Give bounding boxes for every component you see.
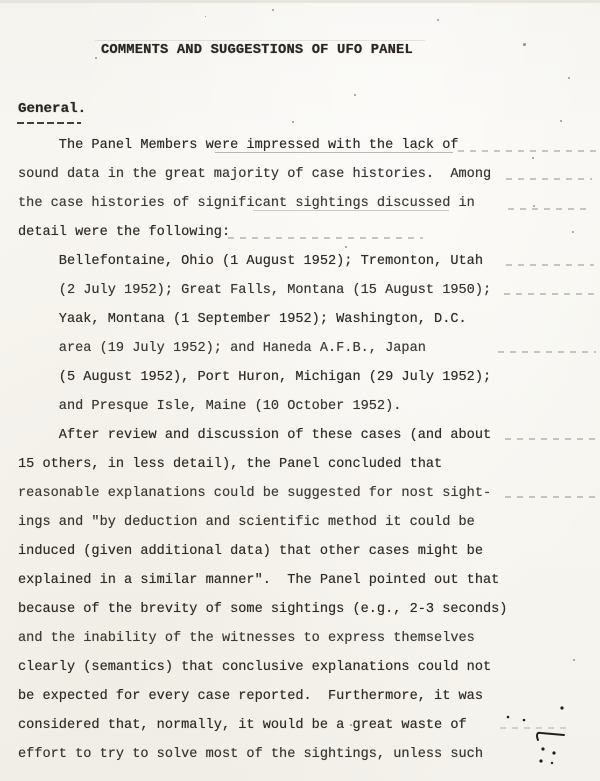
text-line: clearly (semantics) that conclusive expl…: [18, 653, 584, 682]
text-line: and the inability of the witnesses to ex…: [18, 624, 584, 653]
scan-artifact: [506, 264, 594, 266]
scan-artifact: [498, 351, 596, 353]
ink-speck: [533, 205, 535, 207]
scanned-document-page: COMMENTS AND SUGGESTIONS OF UFO PANEL Ge…: [0, 0, 600, 781]
ink-speck: [345, 246, 347, 248]
ink-speck: [418, 148, 420, 150]
text-line: (2 July 1952); Great Falls, Montana (15 …: [18, 276, 584, 305]
ink-speck: [292, 121, 294, 123]
section-heading: General.: [18, 101, 86, 117]
scan-artifact: [253, 210, 449, 211]
scan-artifact: [228, 237, 423, 239]
ink-speck: [560, 120, 562, 122]
text-line: sound data in the great majority of case…: [18, 160, 584, 189]
ink-speck: [523, 43, 526, 46]
text-line: the case histories of significant sighti…: [18, 189, 584, 218]
text-line: explained in a similar manner". The Pane…: [18, 566, 584, 595]
text-line: considered that, normally, it would be a…: [18, 711, 584, 740]
text-line: be expected for every case reported. Fur…: [18, 682, 584, 711]
text-line: ings and "by deduction and scientific me…: [18, 508, 584, 537]
text-line: (5 August 1952), Port Huron, Michigan (2…: [18, 363, 584, 392]
ink-mark: [503, 703, 575, 771]
scan-artifact: [215, 152, 453, 153]
scan-artifact: [505, 438, 598, 440]
ink-speck: [532, 157, 534, 159]
text-line: and Presque Isle, Maine (10 October 1952…: [18, 392, 584, 421]
text-line: effort to try to solve most of the sight…: [18, 740, 584, 769]
document-body: The Panel Members were impressed with th…: [18, 131, 584, 769]
text-line: The Panel Members were impressed with th…: [18, 131, 584, 160]
ink-speck: [205, 16, 206, 17]
text-line: Yaak, Montana (1 September 1952); Washin…: [18, 305, 584, 334]
scan-artifact: [508, 208, 588, 210]
scan-artifact: [95, 40, 425, 41]
scan-edge-band: [0, 0, 600, 3]
ink-speck: [573, 659, 575, 661]
ink-speck: [95, 57, 97, 59]
ink-speck: [572, 231, 574, 233]
scan-artifact: [504, 293, 594, 295]
text-line: induced (given additional data) that oth…: [18, 537, 584, 566]
text-line: reasonable explanations could be suggest…: [18, 479, 584, 508]
ink-speck: [272, 9, 274, 11]
section-heading-underline: [17, 122, 81, 124]
ink-speck: [568, 77, 570, 79]
scan-artifact: [506, 178, 592, 180]
ink-speck: [354, 94, 356, 96]
scan-artifact: [458, 150, 596, 152]
text-line: 15 others, in less detail), the Panel co…: [18, 450, 584, 479]
ink-speck: [350, 724, 352, 726]
text-line: detail were the following:: [18, 218, 584, 247]
text-line: because of the brevity of some sightings…: [18, 595, 584, 624]
text-line: Bellefontaine, Ohio (1 August 1952); Tre…: [18, 247, 584, 276]
ink-speck: [437, 19, 439, 21]
document-title: COMMENTS AND SUGGESTIONS OF UFO PANEL: [101, 43, 413, 58]
scan-artifact: [505, 496, 595, 498]
text-line: area (19 July 1952); and Haneda A.F.B., …: [18, 334, 584, 363]
text-line: After review and discussion of these cas…: [18, 421, 584, 450]
